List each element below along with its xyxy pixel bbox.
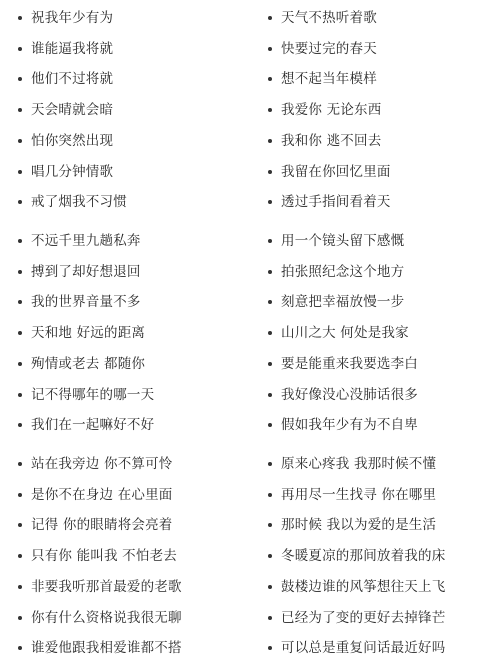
list-item-text: 刻意把幸福放慢一步 xyxy=(281,290,404,314)
list-item-text: 非要我听那首最爱的老歌 xyxy=(31,575,182,599)
list-item-text: 山川之大 何处是我家 xyxy=(281,321,409,345)
list-item-text: 站在我旁边 你不算可怜 xyxy=(31,452,173,476)
list-item: 殉情或老去 都随你 xyxy=(16,352,145,376)
list-item-text: 我的世界音量不多 xyxy=(31,290,141,314)
bullet-icon xyxy=(268,393,272,397)
bullet-icon xyxy=(18,300,22,304)
bullet-icon xyxy=(268,300,272,304)
list-item-text: 冬暖夏凉的那间放着我的床 xyxy=(281,544,445,568)
list-item: 可以总是重复问话最近好吗 xyxy=(266,636,445,660)
list-item: 是你不在身边 在心里面 xyxy=(16,483,173,507)
bullet-icon xyxy=(18,200,22,204)
bullet-icon xyxy=(268,493,272,497)
list-item: 只有你 能叫我 不怕老去 xyxy=(16,544,177,568)
list-item-text: 怕你突然出现 xyxy=(31,129,113,153)
list-item-text: 假如我年少有为不自卑 xyxy=(281,413,418,437)
list-item: 那时候 我以为爱的是生活 xyxy=(266,513,436,537)
list-item: 我好像没心没肺话很多 xyxy=(266,383,418,407)
list-item-text: 记不得哪年的哪一天 xyxy=(31,383,154,407)
bullet-icon xyxy=(268,423,272,427)
bullet-icon xyxy=(18,139,22,143)
list-item-text: 天会晴就会暗 xyxy=(31,98,113,122)
bullet-icon xyxy=(18,462,22,466)
list-item: 天会晴就会暗 xyxy=(16,98,113,122)
bullet-icon xyxy=(268,47,272,51)
list-item: 谁爱他跟我相爱谁都不搭 xyxy=(16,636,182,660)
list-item-text: 天气不热听着歌 xyxy=(281,6,377,30)
bullet-icon xyxy=(268,16,272,20)
bullet-icon xyxy=(18,331,22,335)
list-item: 刻意把幸福放慢一步 xyxy=(266,290,404,314)
list-item: 谁能逼我将就 xyxy=(16,37,113,61)
bullet-icon xyxy=(268,239,272,243)
list-item-text: 是你不在身边 在心里面 xyxy=(31,483,173,507)
list-item: 我的世界音量不多 xyxy=(16,290,141,314)
list-item-text: 原来心疼我 我那时候不懂 xyxy=(281,452,436,476)
list-item: 透过手指间看着天 xyxy=(266,190,391,214)
bullet-icon xyxy=(268,554,272,558)
list-item-text: 我们在一起嘛好不好 xyxy=(31,413,154,437)
list-item: 戒了烟我不习惯 xyxy=(16,190,127,214)
bullet-icon xyxy=(268,585,272,589)
list-item-text: 那时候 我以为爱的是生活 xyxy=(281,513,436,537)
list-item-text: 不远千里九趟私奔 xyxy=(31,229,141,253)
bullet-icon xyxy=(18,616,22,620)
list-item-text: 透过手指间看着天 xyxy=(281,190,391,214)
list-item: 快要过完的春天 xyxy=(266,37,377,61)
list-item: 假如我年少有为不自卑 xyxy=(266,413,418,437)
list-item: 山川之大 何处是我家 xyxy=(266,321,409,345)
list-item: 我留在你回忆里面 xyxy=(266,160,391,184)
list-item: 冬暖夏凉的那间放着我的床 xyxy=(266,544,445,568)
list-item-text: 我好像没心没肺话很多 xyxy=(281,383,418,407)
list-item-text: 要是能重来我要选李白 xyxy=(281,352,418,376)
bullet-icon xyxy=(268,170,272,174)
list-item-text: 殉情或老去 都随你 xyxy=(31,352,145,376)
list-item: 你有什么资格说我很无聊 xyxy=(16,606,182,630)
list-item-text: 可以总是重复问话最近好吗 xyxy=(281,636,445,660)
bullet-icon xyxy=(18,16,22,20)
list-item-text: 他们不过将就 xyxy=(31,67,113,91)
list-item-text: 你有什么资格说我很无聊 xyxy=(31,606,182,630)
bullet-icon xyxy=(268,200,272,204)
list-item: 拍张照纪念这个地方 xyxy=(266,260,404,284)
bullet-icon xyxy=(18,108,22,112)
list-item: 要是能重来我要选李白 xyxy=(266,352,418,376)
bullet-icon xyxy=(18,585,22,589)
bullet-icon xyxy=(268,462,272,466)
list-item: 我和你 逃不回去 xyxy=(266,129,381,153)
list-item-text: 戒了烟我不习惯 xyxy=(31,190,127,214)
list-item: 不远千里九趟私奔 xyxy=(16,229,141,253)
list-item-text: 已经为了变的更好去掉锋芒 xyxy=(281,606,445,630)
bullet-icon xyxy=(18,493,22,497)
list-item-text: 鼓楼边谁的风筝想往天上飞 xyxy=(281,575,445,599)
bullet-icon xyxy=(18,47,22,51)
bullet-icon xyxy=(268,646,272,650)
bullet-icon xyxy=(18,170,22,174)
bullet-icon xyxy=(18,270,22,274)
list-item: 鼓楼边谁的风筝想往天上飞 xyxy=(266,575,445,599)
list-item-text: 谁能逼我将就 xyxy=(31,37,113,61)
list-item: 记不得哪年的哪一天 xyxy=(16,383,154,407)
list-item-text: 拍张照纪念这个地方 xyxy=(281,260,404,284)
bullet-icon xyxy=(18,77,22,81)
list-item: 已经为了变的更好去掉锋芒 xyxy=(266,606,445,630)
list-item-text: 唱几分钟情歌 xyxy=(31,160,113,184)
list-item: 非要我听那首最爱的老歌 xyxy=(16,575,182,599)
list-item: 用一个镜头留下感慨 xyxy=(266,229,404,253)
list-item: 记得 你的眼睛将会亮着 xyxy=(16,513,173,537)
list-item-text: 只有你 能叫我 不怕老去 xyxy=(31,544,177,568)
list-item-text: 祝我年少有为 xyxy=(31,6,113,30)
bullet-icon xyxy=(18,646,22,650)
bullet-icon xyxy=(18,423,22,427)
list-item-text: 快要过完的春天 xyxy=(281,37,377,61)
list-item: 想不起当年模样 xyxy=(266,67,377,91)
list-item: 祝我年少有为 xyxy=(16,6,113,30)
list-item: 原来心疼我 我那时候不懂 xyxy=(266,452,436,476)
bullet-icon xyxy=(18,554,22,558)
list-item: 他们不过将就 xyxy=(16,67,113,91)
bullet-icon xyxy=(18,523,22,527)
list-item: 天和地 好远的距离 xyxy=(16,321,145,345)
list-item-text: 用一个镜头留下感慨 xyxy=(281,229,404,253)
list-item: 搏到了却好想退回 xyxy=(16,260,141,284)
list-item-text: 记得 你的眼睛将会亮着 xyxy=(31,513,173,537)
list-item-text: 我爱你 无论东西 xyxy=(281,98,381,122)
list-item-text: 天和地 好远的距离 xyxy=(31,321,145,345)
list-item: 站在我旁边 你不算可怜 xyxy=(16,452,173,476)
list-item: 天气不热听着歌 xyxy=(266,6,377,30)
bullet-icon xyxy=(268,77,272,81)
list-item-text: 我留在你回忆里面 xyxy=(281,160,391,184)
list-item: 再用尽一生找寻 你在哪里 xyxy=(266,483,436,507)
bullet-icon xyxy=(268,362,272,366)
list-item-text: 想不起当年模样 xyxy=(281,67,377,91)
bullet-icon xyxy=(18,239,22,243)
list-item: 我们在一起嘛好不好 xyxy=(16,413,154,437)
bullet-icon xyxy=(268,616,272,620)
bullet-icon xyxy=(268,270,272,274)
list-item: 唱几分钟情歌 xyxy=(16,160,113,184)
bullet-icon xyxy=(18,393,22,397)
list-item-text: 我和你 逃不回去 xyxy=(281,129,381,153)
bullet-icon xyxy=(18,362,22,366)
bullet-icon xyxy=(268,139,272,143)
bullet-icon xyxy=(268,331,272,335)
list-item: 怕你突然出现 xyxy=(16,129,113,153)
list-item-text: 搏到了却好想退回 xyxy=(31,260,141,284)
bullet-icon xyxy=(268,523,272,527)
list-item-text: 再用尽一生找寻 你在哪里 xyxy=(281,483,436,507)
list-item: 我爱你 无论东西 xyxy=(266,98,381,122)
list-item-text: 谁爱他跟我相爱谁都不搭 xyxy=(31,636,182,660)
bullet-icon xyxy=(268,108,272,112)
